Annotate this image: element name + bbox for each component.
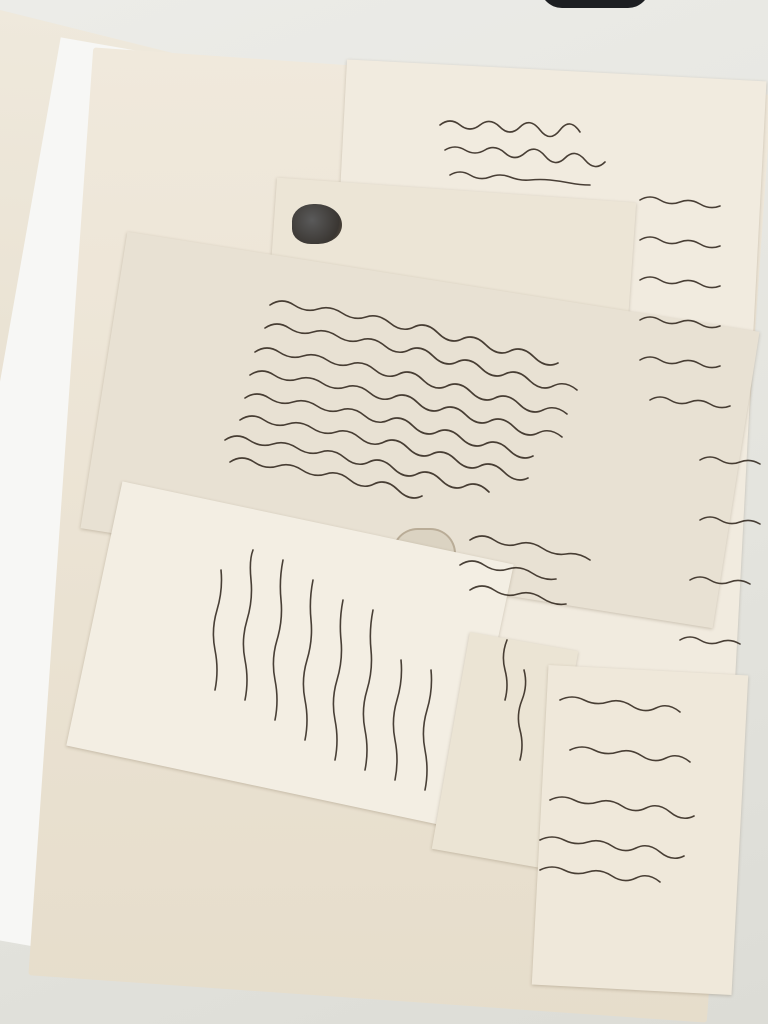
- letter-bottom-right: [532, 665, 748, 995]
- inkpot: [540, 0, 650, 8]
- photo-background: Historical handwritten letters in German…: [0, 0, 768, 1024]
- wax-seal-icon: [292, 204, 342, 244]
